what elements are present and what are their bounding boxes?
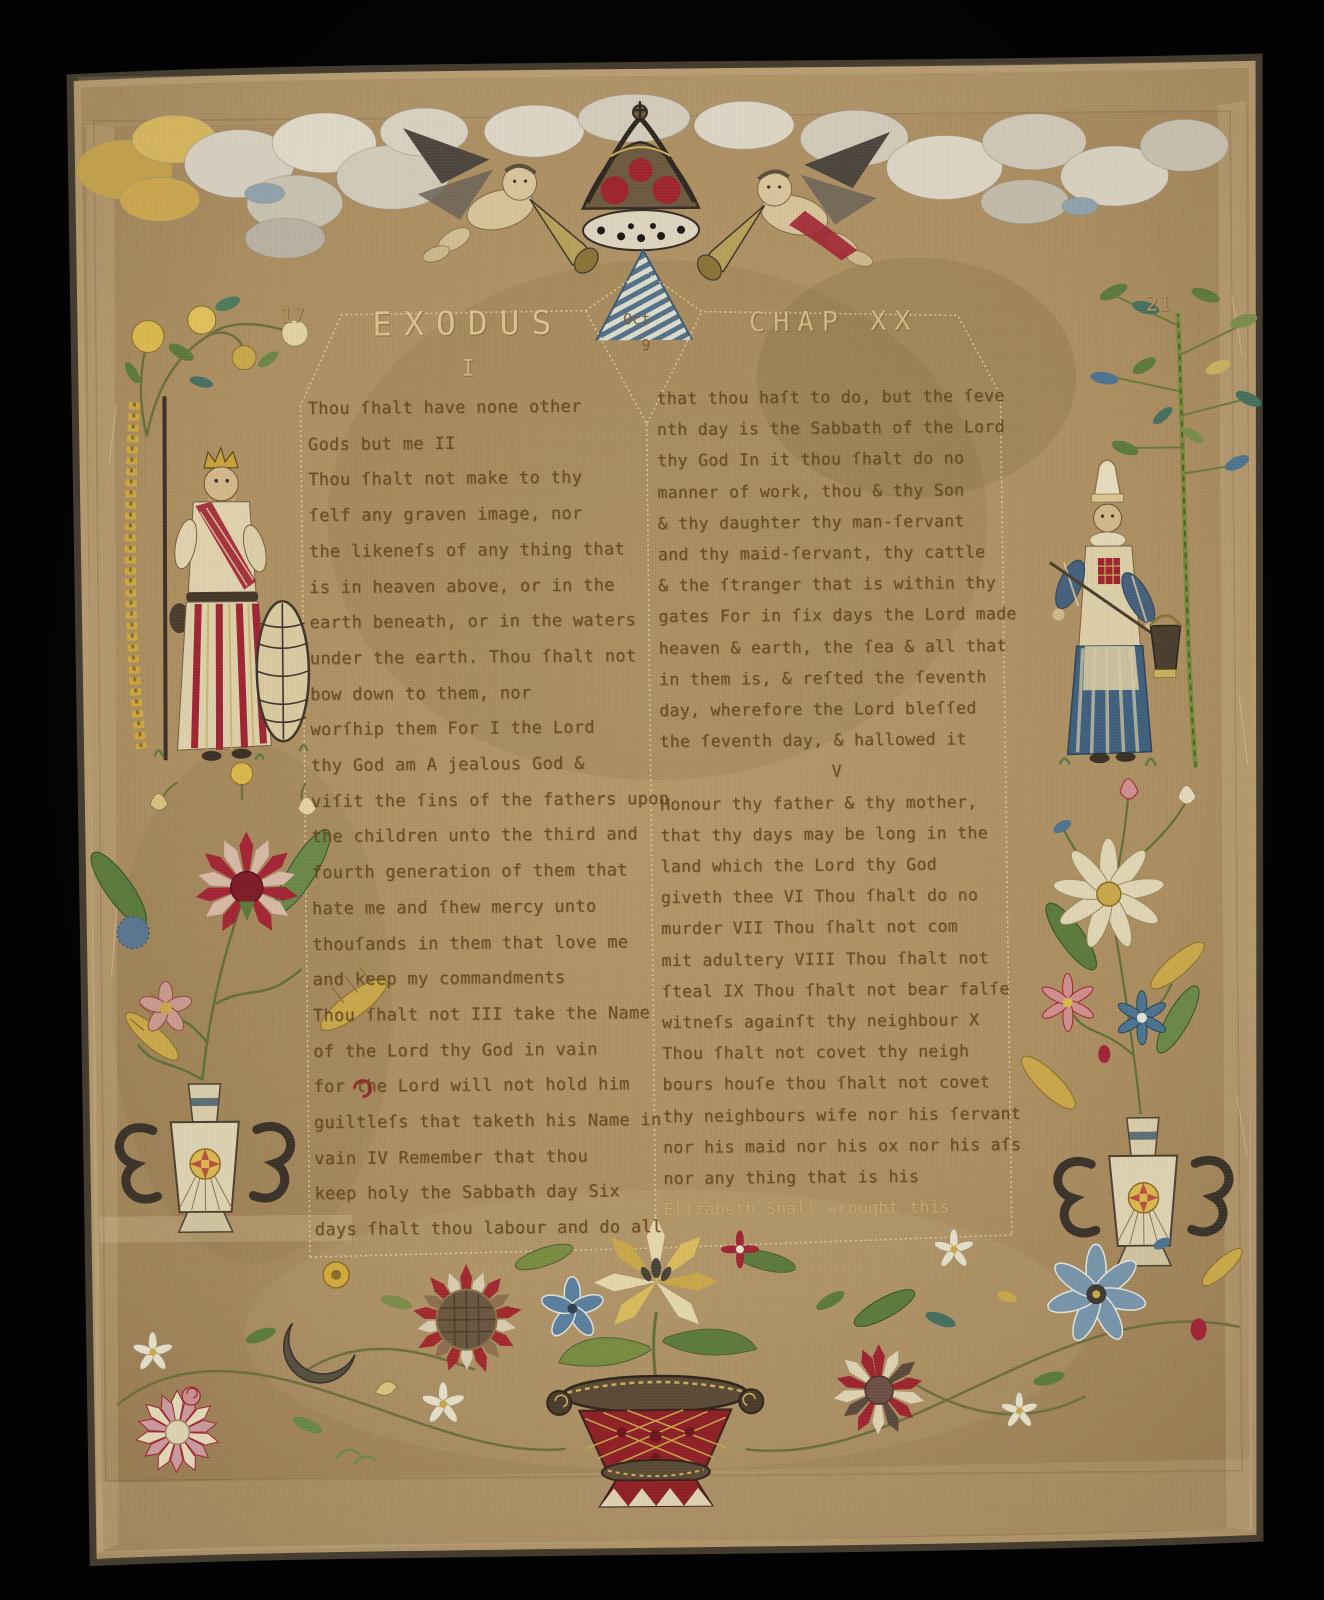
bud-center [231,763,253,785]
photograph-backdrop: 17 EXODUS Oct 9 CHAP XX 21 I Thou ſhalt … [0,0,1324,1600]
rosebud [182,1387,200,1405]
embroidery-art [0,0,1324,1600]
breastplate-motif [1098,558,1120,584]
lattice-tablet-motif [256,601,309,741]
sampler: 17 EXODUS Oct 9 CHAP XX 21 I Thou ſhalt … [0,0,1324,1600]
blue-pompon [117,916,149,948]
